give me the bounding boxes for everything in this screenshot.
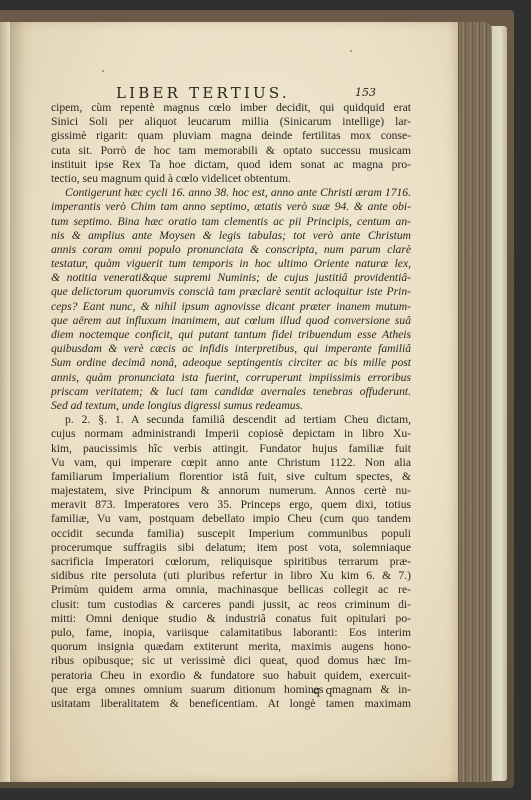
text-line: testatur, quàm viguerit tum temporis in …	[51, 257, 411, 271]
text-line: instituit ipse Rex Ta hoe dictam, quod i…	[51, 158, 411, 172]
text-line: Sed ad textum, unde longius digressi sum…	[51, 399, 411, 413]
body-text: cipem, cùm repentè magnus cœlo imber dec…	[51, 101, 411, 711]
text-line: gissimè rigarit: quam pluviam magna dein…	[51, 129, 411, 143]
text-line: mitti: Omni denique studio & industriâ c…	[51, 612, 411, 626]
text-line: sacrificia Imperatori cœlorum, reliquisq…	[51, 555, 411, 569]
text-line: imperantis verò Chim tam anno septimo, æ…	[51, 200, 411, 214]
signature-mark: q q	[313, 684, 334, 697]
page-number: 153	[355, 86, 376, 99]
text-line: & notitia venerati&que supremi Numinis; …	[51, 271, 411, 285]
text-line: ribus opibusque; sic ut verissimè dici q…	[51, 654, 411, 668]
text-line: tum septimo. Bina hæc oratio tam clement…	[51, 215, 411, 229]
text-line: que erga omnes omnium suarum ditionum ho…	[51, 683, 411, 697]
text-line: clusit: tum custodias & carceres pandi j…	[51, 598, 411, 612]
text-line: occidit secunda familia) suscepit Imperi…	[51, 527, 411, 541]
text-line: Primùm quidem arma omnia, machinasque be…	[51, 583, 411, 597]
text-line: cujus normam administrandi Imperii copio…	[51, 427, 411, 441]
text-line: peratoria Cheu in exordio & fundatore su…	[51, 669, 411, 683]
text-line: Vu vam, qui imperare cœpit anno ante Chr…	[51, 456, 411, 470]
text-line: cuta sit. Porrò de hoc tam memorabili & …	[51, 144, 411, 158]
text-line: Sum ordine decimâ nonâ, adeoque septinge…	[51, 356, 411, 370]
paper-speck	[102, 70, 104, 72]
text-line: usitatam liberalitatem & beneficentiam. …	[51, 697, 411, 711]
running-head: LIBER TERTIUS. 153	[108, 84, 376, 102]
text-line: priscam veritatem; & luci tam candidæ av…	[51, 385, 411, 399]
text-line: familiæ, Vu vam, postquam debellato impi…	[51, 512, 411, 526]
text-line: pulo, fame, inopia, variisque calamitati…	[51, 626, 411, 640]
back-board-edge	[491, 26, 507, 781]
text-line: que aërem aut influxum inanimem, aut cœl…	[51, 314, 411, 328]
text-line: familiarum Imperialium florentior istâ f…	[51, 470, 411, 484]
paper-speck	[350, 50, 352, 52]
text-line: diem noctemque conficit, qui putant tant…	[51, 328, 411, 342]
text-line: meravit 873. Imperatores vero 35. Prince…	[51, 498, 411, 512]
facing-page-edge	[0, 22, 10, 782]
text-line: procerumque suffragiis sibi delatum; ite…	[51, 541, 411, 555]
text-line: quibusdam & verè cæcis ac infidis interp…	[51, 342, 411, 356]
text-line: Contigerunt hæc cycli 16. anno 38. hoc e…	[51, 186, 411, 200]
text-line: p. 2. §. 1. A secunda familiâ descendit …	[51, 413, 411, 427]
page-edges	[455, 22, 492, 782]
text-line: kim, paucissimis hîc verbis attingit. Fu…	[51, 442, 411, 456]
text-line: ceps? Eant nunc, & nihil ipsum agnovisse…	[51, 300, 411, 314]
text-line: que delictorum quorumvis conscià tam præ…	[51, 285, 411, 299]
text-line: tectio, seu magnum quid à cœlo videlicet…	[51, 172, 411, 186]
text-line: annis coram omni populo pronunciata & co…	[51, 243, 411, 257]
running-title: LIBER TERTIUS.	[116, 84, 290, 102]
text-line: sidibus rite persoluta (uti pluribus ref…	[51, 569, 411, 583]
text-line: annis, quàm pronunciata ista fuerint, co…	[51, 371, 411, 385]
text-line: majestatem, sive Principum & annorum num…	[51, 484, 411, 498]
text-line: nis & amplius ante Moysen & legis tabula…	[51, 229, 411, 243]
text-line: quorum insignia quædam extiterunt merita…	[51, 640, 411, 654]
text-line: cipem, cùm repentè magnus cœlo imber dec…	[51, 101, 411, 115]
text-line: Sinici Soli per aliquot leucarum millia …	[51, 115, 411, 129]
